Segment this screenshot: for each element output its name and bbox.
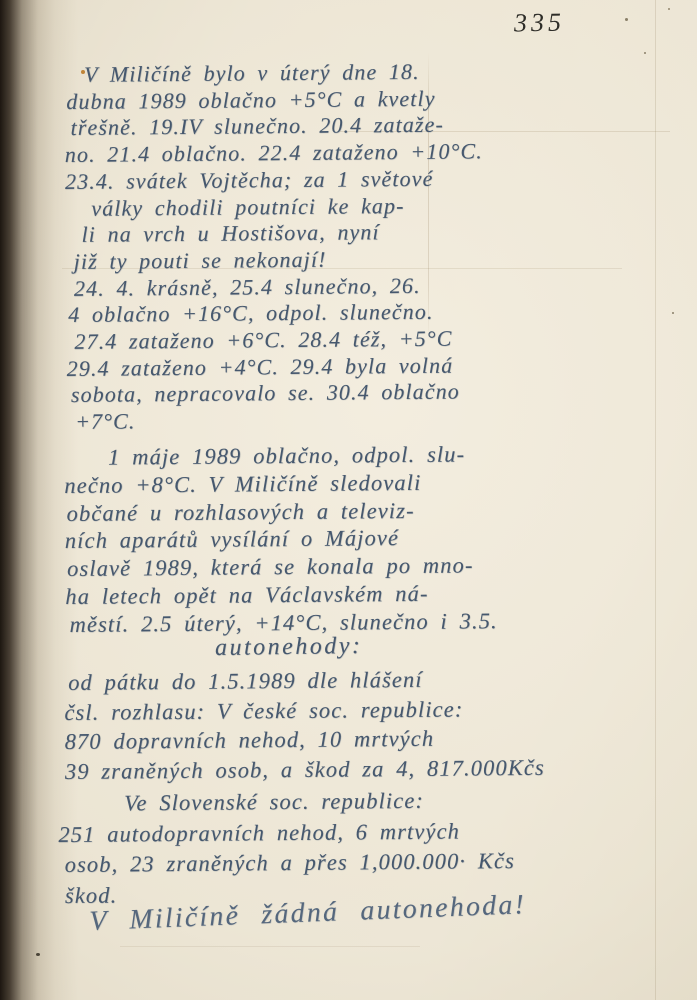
handwritten-line: oslavě 1989, která se konala po mno- (67, 551, 497, 583)
handwritten-line: 251 autodopravních nehod, 6 mrtvých (58, 816, 514, 850)
handwritten-line: 4 oblačno +16°C, odpol. slunečno. (68, 299, 484, 329)
handwritten-line: sobota, nepracovalo se. 30.4 oblačno (71, 379, 485, 409)
handwritten-line: války chodili poutníci ke kap- (91, 192, 483, 222)
handwritten-line: 23.4. svátek Vojtěcha; za 1 světové (65, 165, 483, 195)
paper-speck (668, 8, 670, 10)
handwritten-line: 27.4 zataženo +6°C. 28.4 též, +5°C (74, 325, 484, 355)
paper-crease (655, 0, 656, 1000)
handwritten-line: čsl. rozhlasu: V české soc. republice: (64, 693, 544, 727)
handwritten-line: 29.4 zataženo +4°C. 29.4 byla volná (67, 352, 485, 382)
paper-crease (120, 946, 420, 947)
chronicle-page: 335 V Miličíně bylo v úterý dne 18. dubn… (0, 0, 697, 1000)
handwritten-line: nečno +8°C. V Miličíně sledovali (64, 468, 496, 500)
handwritten-line: Ve Slovenské soc. republice: (124, 785, 514, 819)
paragraph-accidents-czech: od pátku do 1.5.1989 dle hlášení čsl. ro… (64, 664, 545, 787)
handwritten-line: osob, 23 zraněných a přes 1,000.000· Kčs (65, 846, 515, 880)
handwritten-line: li na vrch u Hostišova, nyní (81, 219, 483, 249)
handwritten-line: 1 máje 1989 oblačno, odpol. slu- (108, 440, 496, 471)
paper-speck (625, 18, 628, 21)
handwritten-line: občané u rozhlasových a televiz- (66, 496, 496, 528)
handwritten-line: 39 zraněných osob, a škod za 4, 817.000K… (65, 753, 545, 787)
section-heading-autonehody: autonehody: (215, 633, 363, 662)
paper-speck (672, 312, 674, 314)
paper-speck (644, 52, 646, 54)
handwritten-line: třešně. 19.IV slunečno. 20.4 zataže- (70, 112, 482, 142)
page-number: 335 (514, 8, 566, 39)
handwritten-line: dubna 1989 oblačno +5°C a kvetly (66, 85, 482, 115)
handwritten-line: 870 dopravních nehod, 10 mrtvých (65, 723, 545, 757)
paragraph-may-first: 1 máje 1989 oblačno, odpol. slu- nečno +… (64, 440, 498, 638)
handwritten-line: no. 21.4 oblačno. 22.4 zataženo +10°C. (65, 138, 483, 168)
handwritten-line: ha letech opět na Václavském ná- (65, 579, 497, 611)
handwritten-line: ních aparátů vysílání o Májové (65, 524, 497, 556)
paragraph-weather-april: V Miličíně bylo v úterý dne 18. dubna 19… (64, 58, 485, 435)
handwritten-line: +7°C. (75, 405, 485, 435)
handwritten-line: 24. 4. krásně, 25.4 slunečno, 26. (74, 272, 484, 302)
handwritten-line: od pátku do 1.5.1989 dle hlášení (68, 664, 544, 698)
handwritten-line: V Miličíně bylo v úterý dne 18. (84, 58, 482, 88)
handwritten-line: již ty pouti se nekonají! (74, 245, 484, 275)
paper-speck (36, 953, 40, 956)
